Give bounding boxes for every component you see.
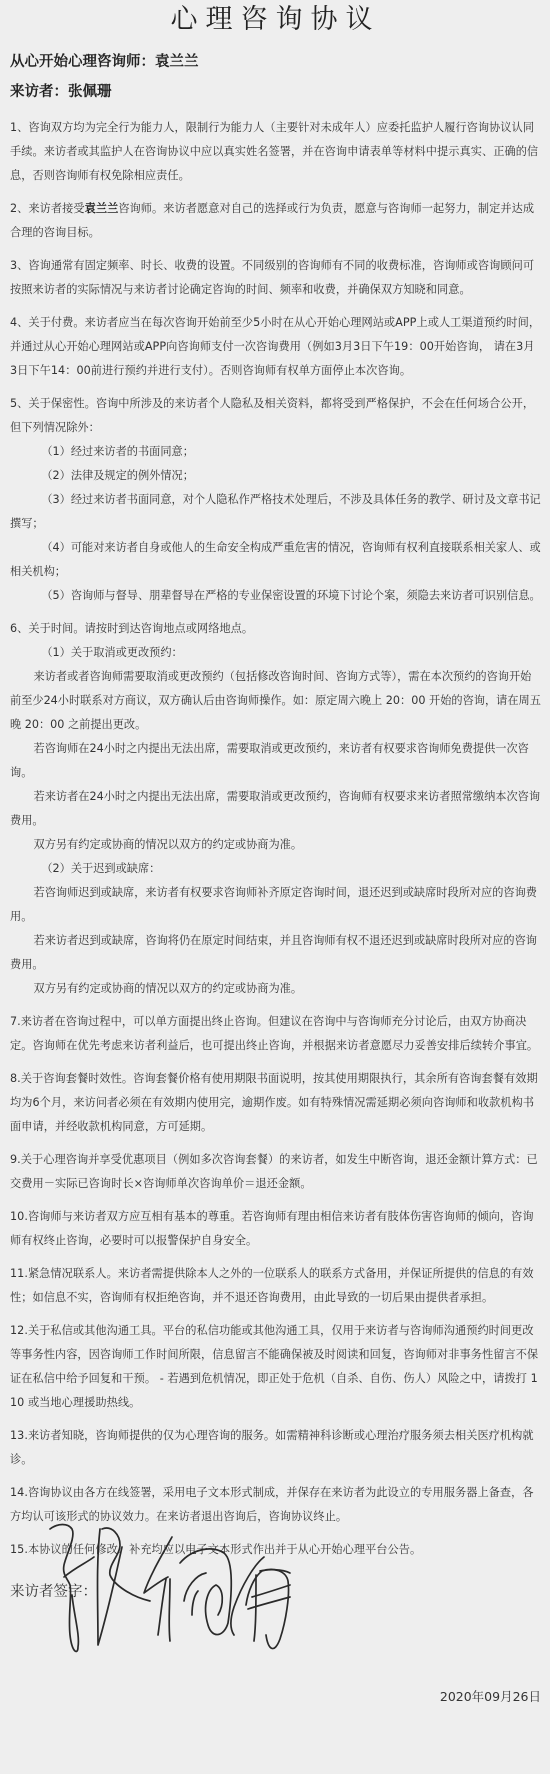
clause-5: 5、关于保密性。咨询中所涉及的来访者个人隐私及相关资料，都将受到严格保护，不会在… (10, 392, 541, 440)
clause-11: 11.紧急情况联系人。来访者需提供除本人之外的一位联系人的联系方式备用，并保证所… (10, 1262, 541, 1310)
clause-6-sub1-item: 双方另有约定或协商的情况以双方的约定或协商为准。 (10, 833, 541, 857)
page-title: 心理咨询协议 (10, 0, 541, 38)
clause-5-item: （4）可能对来访者自身或他人的生命安全构成严重危害的情况，咨询师有权利直接联系相… (10, 536, 541, 584)
clause-3: 3、咨询通常有固定频率、时长、收费的设置。不同级别的咨询师有不同的收费标准，咨询… (10, 254, 541, 302)
visitor-line: 来访者：张佩珊 (10, 82, 541, 102)
clause-6-sub2-item: 若来访者迟到或缺席，咨询将仍在原定时间结束，并且咨询师有权不退还迟到或缺席时段所… (10, 929, 541, 977)
clause-12: 12.关于私信或其他沟通工具。平台的私信功能或其他沟通工具，仅用于来访者与咨询师… (10, 1319, 541, 1415)
signing-date: 2020年09月26日 (440, 1687, 541, 1705)
clause-5-item: （2）法律及规定的例外情况； (10, 464, 541, 488)
clause-6-sub1-title: （1）关于取消或更改预约： (10, 641, 541, 665)
counselor-line: 从心开始心理咨询师：袁兰兰 (10, 52, 541, 72)
clause-6-sub2-item: 若咨询师迟到或缺席，来访者有权要求咨询师补齐原定咨询时间，退还迟到或缺席时段所对… (10, 881, 541, 929)
clause-6-sub1-item: 来访者或者咨询师需要取消或更改预约（包括修改咨询时间、咨询方式等），需在本次预约… (10, 665, 541, 737)
clause-6-sub2-title: （2）关于迟到或缺席： (10, 857, 541, 881)
handwritten-signature-image (42, 1505, 292, 1655)
visitor-label: 来访者： (10, 84, 68, 100)
clause-8: 8.关于咨询套餐时效性。咨询套餐价格有使用期限书面说明，按其使用期限执行，其余所… (10, 1067, 541, 1139)
clause-6-sub2-item: 双方另有约定或协商的情况以双方的约定或协商为准。 (10, 977, 541, 1001)
visitor-name: 张佩珊 (68, 84, 112, 100)
clause-2-counselor-name: 袁兰兰 (85, 202, 119, 215)
clause-5-item: （3）经过来访者书面同意，对个人隐私作严格技术处理后，不涉及具体任务的教学、研讨… (10, 488, 541, 536)
counselor-label: 从心开始心理咨询师： (10, 54, 155, 70)
clause-13: 13.来访者知晓，咨询师提供的仅为心理咨询的服务。如需精神科诊断或心理治疗服务须… (10, 1424, 541, 1472)
clause-1: 1、咨询双方均为完全行为能力人，限制行为能力人（主要针对未成年人）应委托监护人履… (10, 116, 541, 188)
clause-10: 10.咨询师与来访者双方应互相有基本的尊重。若咨询师有理由相信来访者有肢体伤害咨… (10, 1205, 541, 1253)
clause-2: 2、来访者接受袁兰兰咨询师。来访者愿意对自己的选择或行为负责，愿意与咨询师一起努… (10, 197, 541, 245)
clause-4: 4、关于付费。来访者应当在每次咨询开始前至少5小时在从心开始心理网站或APP上或… (10, 311, 541, 383)
clause-6-sub1-item: 若咨询师在24小时之内提出无法出席，需要取消或更改预约，来访者有权要求咨询师免费… (10, 737, 541, 785)
clause-9: 9.关于心理咨询并享受优惠项目（例如多次咨询套餐）的来访者，如发生中断咨询，退还… (10, 1148, 541, 1196)
counselor-name: 袁兰兰 (155, 54, 199, 70)
agreement-document: 心理咨询协议 从心开始心理咨询师：袁兰兰 来访者：张佩珊 1、咨询双方均为完全行… (0, 0, 550, 1774)
clause-5-item: （5）咨询师与督导、朋辈督导在严格的专业保密设置的环境下讨论个案，须隐去来访者可… (10, 584, 541, 608)
clause-7: 7.来访者在咨询过程中，可以单方面提出终止咨询。但建议在咨询中与咨询师充分讨论后… (10, 1010, 541, 1058)
clause-6: 6、关于时间。请按时到达咨询地点或网络地点。 (10, 617, 541, 641)
clause-5-item: （1）经过来访者的书面同意； (10, 440, 541, 464)
clause-6-sub1-item: 若来访者在24小时之内提出无法出席，需要取消或更改预约，咨询师有权要求来访者照常… (10, 785, 541, 833)
clause-2-prefix: 2、来访者接受 (10, 202, 85, 215)
